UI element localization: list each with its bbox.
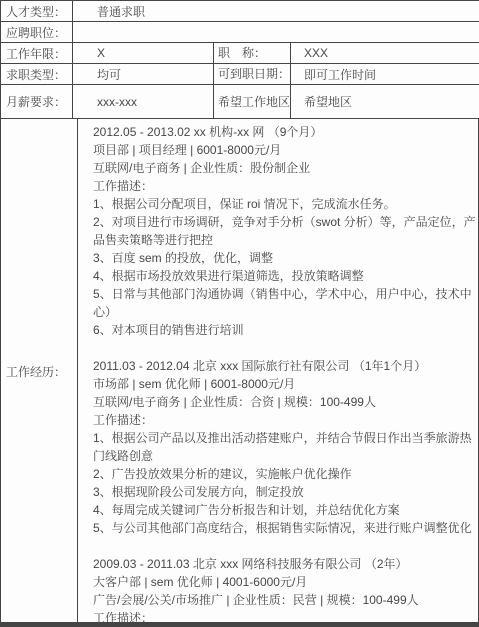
job-title-label: 职 称： <box>214 43 291 64</box>
work-years-value: X <box>73 43 214 64</box>
experience-line: 门线路创意 <box>93 447 476 465</box>
experience-line: 6、对本项目的销售进行培训 <box>93 321 476 339</box>
desired-area-label: 希望工作地区： <box>214 85 291 119</box>
talent-type-label: 人才类型： <box>1 1 73 22</box>
apply-position-label: 应聘职位： <box>1 22 73 43</box>
experience-line <box>93 339 476 357</box>
row-work-years: 工作年限： X 职 称： XXX <box>1 43 479 64</box>
row-seek-type: 求职类型： 均可 可到职日期： 即可工作时间 <box>1 64 479 85</box>
experience-line: 2011.03 - 2012.04 北京 xxx 国际旅行社有限公司 （1年1个… <box>93 357 476 375</box>
experience-line: 工作描述： <box>93 609 476 623</box>
experience-line: 2012.05 - 2013.02 xx 机构-xx 网 （9个月） <box>93 123 476 141</box>
available-date-label: 可到职日期： <box>214 64 291 85</box>
experience-line: 大客户部 | sem 优化师 | 4001-6000元/月 <box>93 573 476 591</box>
row-apply-position: 应聘职位： <box>1 22 479 43</box>
experience-line: 项目部 | 项目经理 | 6001-8000元/月 <box>93 141 476 159</box>
experience-line: 市场部 | sem 优化师 | 6001-8000元/月 <box>93 375 476 393</box>
experience-line: 1、根据公司产品以及推出活动搭建账户，并结合节假日作出当季旅游热 <box>93 429 476 447</box>
work-experience-content: 2012.05 - 2013.02 xx 机构-xx 网 （9个月）项目部 | … <box>78 119 478 623</box>
work-years-label: 工作年限： <box>1 43 73 64</box>
experience-line: 心） <box>93 303 476 321</box>
seek-type-value: 均可 <box>73 64 214 85</box>
experience-line: 工作描述： <box>93 177 476 195</box>
salary-value: xxx-xxx <box>73 85 214 119</box>
resume-document: 人才类型： 普通求职 应聘职位： 工作年限： X 职 称： XXX 求职类型： … <box>0 0 479 627</box>
experience-line: 5、日常与其他部门沟通协调（销售中心，学术中心，用户中心，技术中 <box>93 285 476 303</box>
seek-type-label: 求职类型： <box>1 64 73 85</box>
experience-line: 5、与公司其他部门高度结合，根据销售实际情况，来进行账户调整优化 <box>93 519 476 537</box>
salary-label: 月薪要求： <box>1 85 73 119</box>
experience-line: 2、对项目进行市场调研，竞争对手分析（swot 分析）等，产品定位，产 <box>93 213 476 231</box>
page-bottom-edge <box>0 622 479 627</box>
row-salary: 月薪要求： xxx-xxx 希望工作地区： 希望地区 <box>1 85 479 119</box>
experience-line <box>93 537 476 555</box>
experience-line: 品售卖策略等进行把控 <box>93 231 476 249</box>
work-experience-section: 工作经历： 2012.05 - 2013.02 xx 机构-xx 网 （9个月）… <box>0 119 479 623</box>
available-date-value: 即可工作时间 <box>291 64 479 85</box>
apply-position-value <box>73 22 479 43</box>
talent-type-value: 普通求职 <box>73 1 479 22</box>
work-experience-label: 工作经历： <box>1 119 78 623</box>
experience-line: 4、每周完成关键词广告分析报告和计划，并总结优化方案 <box>93 501 476 519</box>
experience-line: 4、根据市场投放效果进行渠道筛选，投放策略调整 <box>93 267 476 285</box>
resume-info-table: 人才类型： 普通求职 应聘职位： 工作年限： X 职 称： XXX 求职类型： … <box>0 0 479 119</box>
job-title-value: XXX <box>291 43 479 64</box>
experience-line: 互联网/电子商务 | 企业性质：合资 | 规模：100-499人 <box>93 393 476 411</box>
desired-area-value: 希望地区 <box>291 85 479 119</box>
experience-line: 广告/会展/公关/市场推广 | 企业性质：民营 | 规模：100-499人 <box>93 591 476 609</box>
experience-line: 1、根据公司分配项目，保证 roi 情况下，完成流水任务。 <box>93 195 476 213</box>
experience-line: 3、根据现阶段公司发展方向，制定投放 <box>93 483 476 501</box>
experience-line: 2009.03 - 2011.03 北京 xxx 网络科技服务有限公司 （2年） <box>93 555 476 573</box>
experience-line: 工作描述： <box>93 411 476 429</box>
experience-line: 互联网/电子商务 | 企业性质：股份制企业 <box>93 159 476 177</box>
experience-line: 3、百度 sem 的投放，优化，调整 <box>93 249 476 267</box>
row-talent-type: 人才类型： 普通求职 <box>1 1 479 22</box>
experience-line: 2、广告投放效果分析的建议，实施帐户优化操作 <box>93 465 476 483</box>
